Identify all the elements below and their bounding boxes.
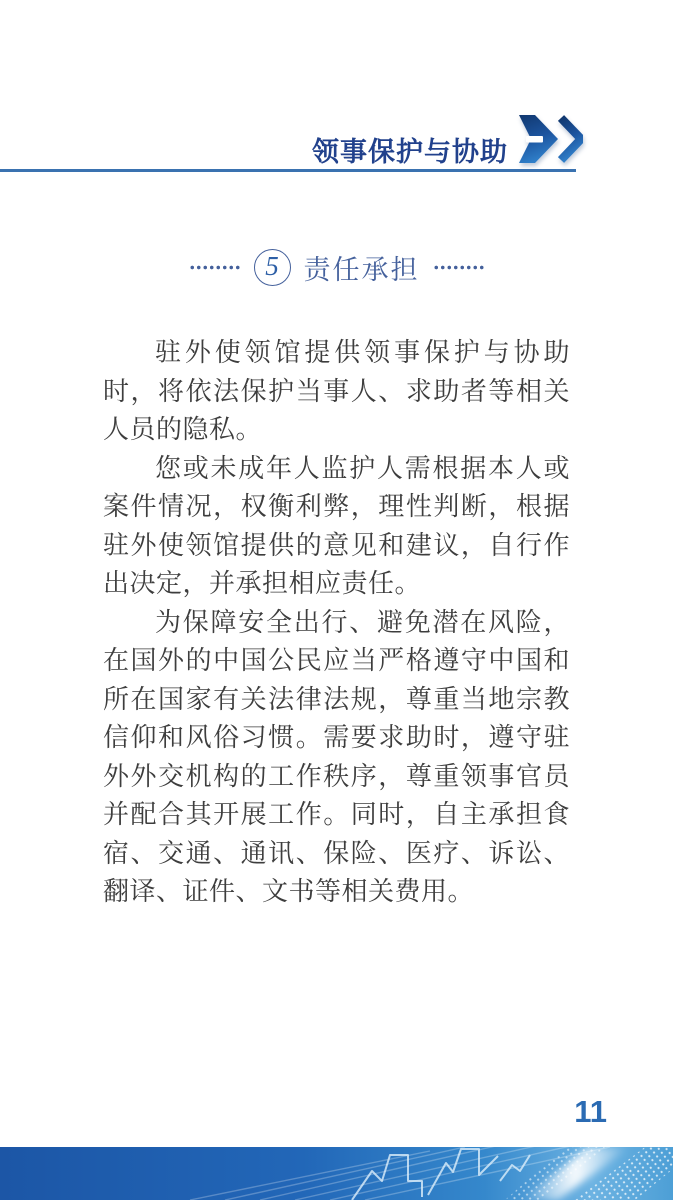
footer-decoration [0,1147,673,1200]
double-chevron-right-icon [517,114,583,166]
section-number: 5 [265,253,279,280]
dotted-line-right-decoration [433,265,485,270]
booklet-page: 领事保护与协助 5 责任承担 驻外使领馆提供领事保护与协助时，将依法保护当事人、… [0,0,673,1200]
paragraph-decision: 您或未成年人监护人需根据本人或案件情况，权衡利弊，理性判断，根据驻外使领馆提供的… [103,449,570,603]
section-heading: 5 责任承担 [0,245,673,289]
circuit-board-pattern-graphic [0,1147,673,1200]
header-rule [0,169,576,172]
page-title: 领事保护与协助 [0,130,508,169]
section-number-badge: 5 [254,249,291,286]
body-text: 驻外使领馆提供领事保护与协助时，将依法保护当事人、求助者等相关人员的隐私。 您或… [103,333,570,911]
dotted-line-left-decoration [189,265,241,270]
paragraph-privacy: 驻外使领馆提供领事保护与协助时，将依法保护当事人、求助者等相关人员的隐私。 [103,333,570,449]
paragraph-obligations: 为保障安全出行、避免潜在风险，在国外的中国公民应当严格遵守中国和所在国家有关法律… [103,603,570,911]
page-number: 11 [574,1094,607,1130]
section-title: 责任承担 [304,248,420,287]
